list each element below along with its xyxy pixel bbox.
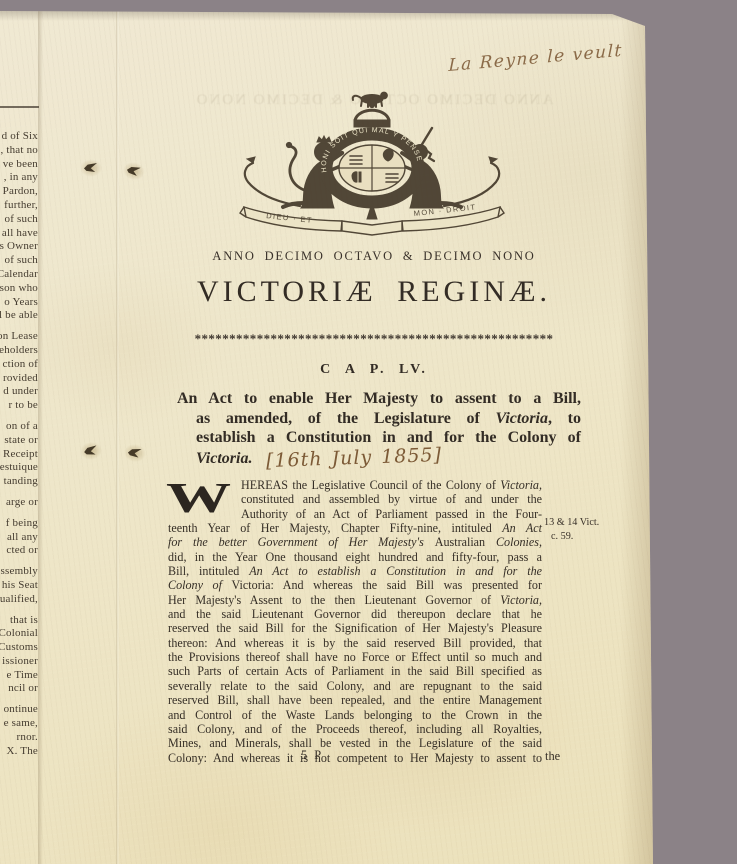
fragment-line: arge or (0, 496, 38, 510)
body-text-line: teenth Year of Her Majesty, Chapter Fift… (168, 521, 542, 535)
fragment-line: Pardon, (0, 185, 38, 199)
text-segment: HEREAS the Legislative Council of the Co… (241, 478, 500, 492)
fragment-line: his Seat (0, 579, 38, 593)
fragment-line: Colonial (0, 627, 38, 641)
fragment-line: e same, (0, 717, 38, 731)
fragment-line: issioner (0, 655, 38, 669)
ornament-rule: ****************************************… (170, 331, 578, 347)
fragment-group: that isColonialCustomsissionere Timencil… (0, 614, 38, 697)
fragment-line: ualified, (0, 593, 38, 607)
text-segment: Colonies, (496, 535, 542, 549)
fragment-line: r to be (0, 399, 38, 413)
fragment-group: d of Six, that nove been, in anyPardon,f… (0, 130, 38, 323)
body-text-line: thereon: And whereas it is by the said r… (168, 636, 542, 650)
text-segment: Australian (435, 535, 496, 549)
act-title-line: establish a Constitution in and for the … (177, 428, 581, 448)
left-fragment-rule (0, 106, 39, 108)
body-text-line: Her Majesty's Assent to the then Lieuten… (168, 593, 542, 607)
text-segment: such Parts of certain Acts of Parliament… (168, 664, 542, 678)
fragment-line: cted or (0, 544, 38, 558)
fragment-line: Calendar (0, 268, 38, 282)
text-segment: Bill, intituled (168, 564, 249, 578)
garter-ring (326, 134, 418, 219)
fragment-line: s Owner (0, 240, 38, 254)
fragment-line: of such (0, 254, 38, 268)
text-segment: Victoria, (500, 478, 542, 492)
fragment-line: tanding (0, 475, 38, 489)
chapter-heading: C A P. LV. (170, 362, 578, 378)
act-title: An Act to enable Her Majesty to assent t… (177, 389, 581, 468)
margin-citation-line: c. 59. (551, 530, 599, 544)
body-text-line: for the better Government of Her Majesty… (168, 535, 542, 549)
text-segment: and the said Lieutenant Governor did the… (168, 607, 542, 621)
text-segment: Victoria: And whereas the said Bill was … (232, 578, 542, 592)
fragment-line: , that no (0, 144, 38, 158)
text-segment: severally relate to the said Colony, and… (168, 679, 542, 693)
fragment-line: Receipt (0, 448, 38, 462)
text-segment: Victoria, (500, 593, 542, 607)
body-text-line: HEREAS the Legislative Council of the Co… (241, 478, 542, 492)
royal-title-heading: VICTORIÆ REGINÆ. (170, 275, 578, 309)
text-segment: and Control of the Waste Lands belonging… (168, 708, 542, 722)
fragment-line: d of Six (0, 130, 38, 144)
body-text-line: Authority of an Act of Parliament passed… (241, 507, 542, 521)
fragment-line: ve been (0, 158, 38, 172)
body-text: HEREAS the Legislative Council of the Co… (168, 478, 542, 765)
body-text-line: did, in the Year One thousand eight hund… (168, 550, 542, 564)
text-segment: Victoria (496, 410, 548, 427)
text-segment: constituted and assembled by virtue of a… (241, 492, 542, 506)
body-text-line: reserved the said Bill for the Significa… (168, 621, 542, 635)
regnal-year-heading: ANNO DECIMO OCTAVO & DECIMO NONO (170, 249, 578, 264)
fragment-line: ssembly (0, 565, 38, 579)
fragment-line: l be able (0, 309, 38, 323)
paper-right-edge-shadow (620, 11, 653, 864)
text-segment: teenth Year of Her Majesty, Chapter Fift… (168, 521, 502, 535)
fragment-group: on of astate orReceiptestuiquetanding (0, 420, 38, 489)
fragment-line: rnor. (0, 731, 38, 745)
fragment-group: f beingall anycted or (0, 517, 38, 558)
fragment-line: o Years (0, 296, 38, 310)
text-segment: reserved Bill, shall have been repealed,… (168, 693, 542, 707)
text-segment: as amended, of the Legislature of (196, 410, 496, 427)
fragment-group: ontinuee same,rnor.X. The (0, 703, 38, 758)
fragment-group: arge or (0, 496, 38, 510)
fragment-line: eholders (0, 344, 38, 358)
body-text-line: such Parts of certain Acts of Parliament… (168, 664, 542, 678)
text-segment: Colony of (168, 578, 232, 592)
facing-page-text-fragment: d of Six, that nove been, in anyPardon,f… (0, 130, 38, 765)
text-segment: said Colony, and of the Proceeds thereof… (168, 722, 542, 736)
body-text-line: severally relate to the said Colony, and… (168, 679, 542, 693)
body-text-line: Colony of Victoria: And whereas the said… (168, 578, 542, 592)
text-segment: did, in the Year One thousand eight hund… (168, 550, 542, 564)
fragment-line: that is (0, 614, 38, 628)
fragment-line: state or (0, 434, 38, 448)
printer-signature-mark: 5 P (301, 748, 323, 763)
fragment-line: Customs (0, 641, 38, 655)
scanned-document: d of Six, that nove been, in anyPardon,f… (0, 0, 737, 864)
text-segment: An Act (502, 521, 542, 535)
fold-crease (116, 11, 119, 864)
fragment-line: on of a (0, 420, 38, 434)
fragment-group: on Leaseeholdersction ofrovidedd underr … (0, 330, 38, 413)
body-text-line: and Control of the Waste Lands belonging… (168, 708, 542, 722)
fragment-line: f being (0, 517, 38, 531)
act-title-line: Victoria.[16th July 1855] (177, 448, 581, 469)
body-text-line: Bill, intituled An Act to establish a Co… (168, 564, 542, 578)
margin-citation: 13 & 14 Vict. c. 59. (544, 516, 599, 543)
assent-date-annotation: [16th July 1855] (266, 446, 443, 472)
crown-icon (354, 95, 390, 127)
text-segment: Victoria. (196, 450, 252, 467)
text-segment: establish a Constitution in and for the … (196, 429, 581, 446)
paper-sheet: d of Six, that nove been, in anyPardon,f… (0, 0, 737, 864)
body-text-line: Mines, and Minerals, shall be vested in … (168, 736, 542, 750)
text-segment: An Act to establish a Constitution in an… (249, 564, 542, 578)
text-segment: An Act to enable Her Majesty to assent t… (177, 390, 581, 407)
royal-coat-of-arms: HONI SOIT QUI MAL Y PENSE DIEU · ET MON … (238, 90, 506, 238)
text-segment: Mines, and Minerals, shall be vested in … (168, 736, 542, 750)
text-segment: the Provisions thereof shall have no For… (168, 650, 542, 664)
body-text-line: the Provisions thereof shall have no For… (168, 650, 542, 664)
margin-citation-line: 13 & 14 Vict. (544, 516, 599, 530)
left-page-edge-shadow (38, 11, 43, 864)
fragment-line: ontinue (0, 703, 38, 717)
text-segment: Authority of an Act of Parliament passed… (241, 507, 542, 521)
text-segment: for the better Government of Her Majesty… (168, 535, 435, 549)
stitch-hole (84, 445, 98, 455)
text-segment: , to (548, 410, 581, 427)
fragment-line: on Lease (0, 330, 38, 344)
fragment-group: ssemblyhis Seatualified, (0, 565, 38, 606)
fragment-line: of such (0, 213, 38, 227)
stitch-hole (126, 165, 141, 177)
fragment-line: X. The (0, 745, 38, 759)
fragment-line: , in any (0, 171, 38, 185)
fragment-line: rovided (0, 372, 38, 386)
text-segment: Her Majesty's Assent to the then Lieuten… (168, 593, 500, 607)
body-text-line: reserved Bill, shall have been repealed,… (168, 693, 542, 707)
fragment-line: d under (0, 385, 38, 399)
text-segment: thereon: And whereas it is by the said r… (168, 636, 542, 650)
fragment-line: ction of (0, 358, 38, 372)
body-text-line: constituted and assembled by virtue of a… (241, 492, 542, 506)
act-title-line: as amended, of the Legislature of Victor… (177, 409, 581, 429)
catchword: the (545, 749, 560, 764)
act-title-line: An Act to enable Her Majesty to assent t… (177, 389, 581, 409)
fragment-line: ncil or (0, 682, 38, 696)
body-text-line: and the said Lieutenant Governor did the… (168, 607, 542, 621)
paper-top-shadow (0, 11, 653, 21)
text-segment: Colony: And whereas it is not competent … (168, 751, 542, 765)
fragment-line: e Time (0, 669, 38, 683)
fragment-line: all any (0, 531, 38, 545)
fragment-line: all have (0, 227, 38, 241)
body-text-line: said Colony, and of the Proceeds thereof… (168, 722, 542, 736)
stitch-hole (84, 163, 97, 172)
body-text-line: Colony: And whereas it is not competent … (168, 751, 542, 765)
fragment-line: estuique (0, 461, 38, 475)
fragment-line: son who (0, 282, 38, 296)
text-segment: reserved the said Bill for the Significa… (168, 621, 542, 635)
fragment-line: further, (0, 199, 38, 213)
stitch-hole (127, 447, 141, 458)
